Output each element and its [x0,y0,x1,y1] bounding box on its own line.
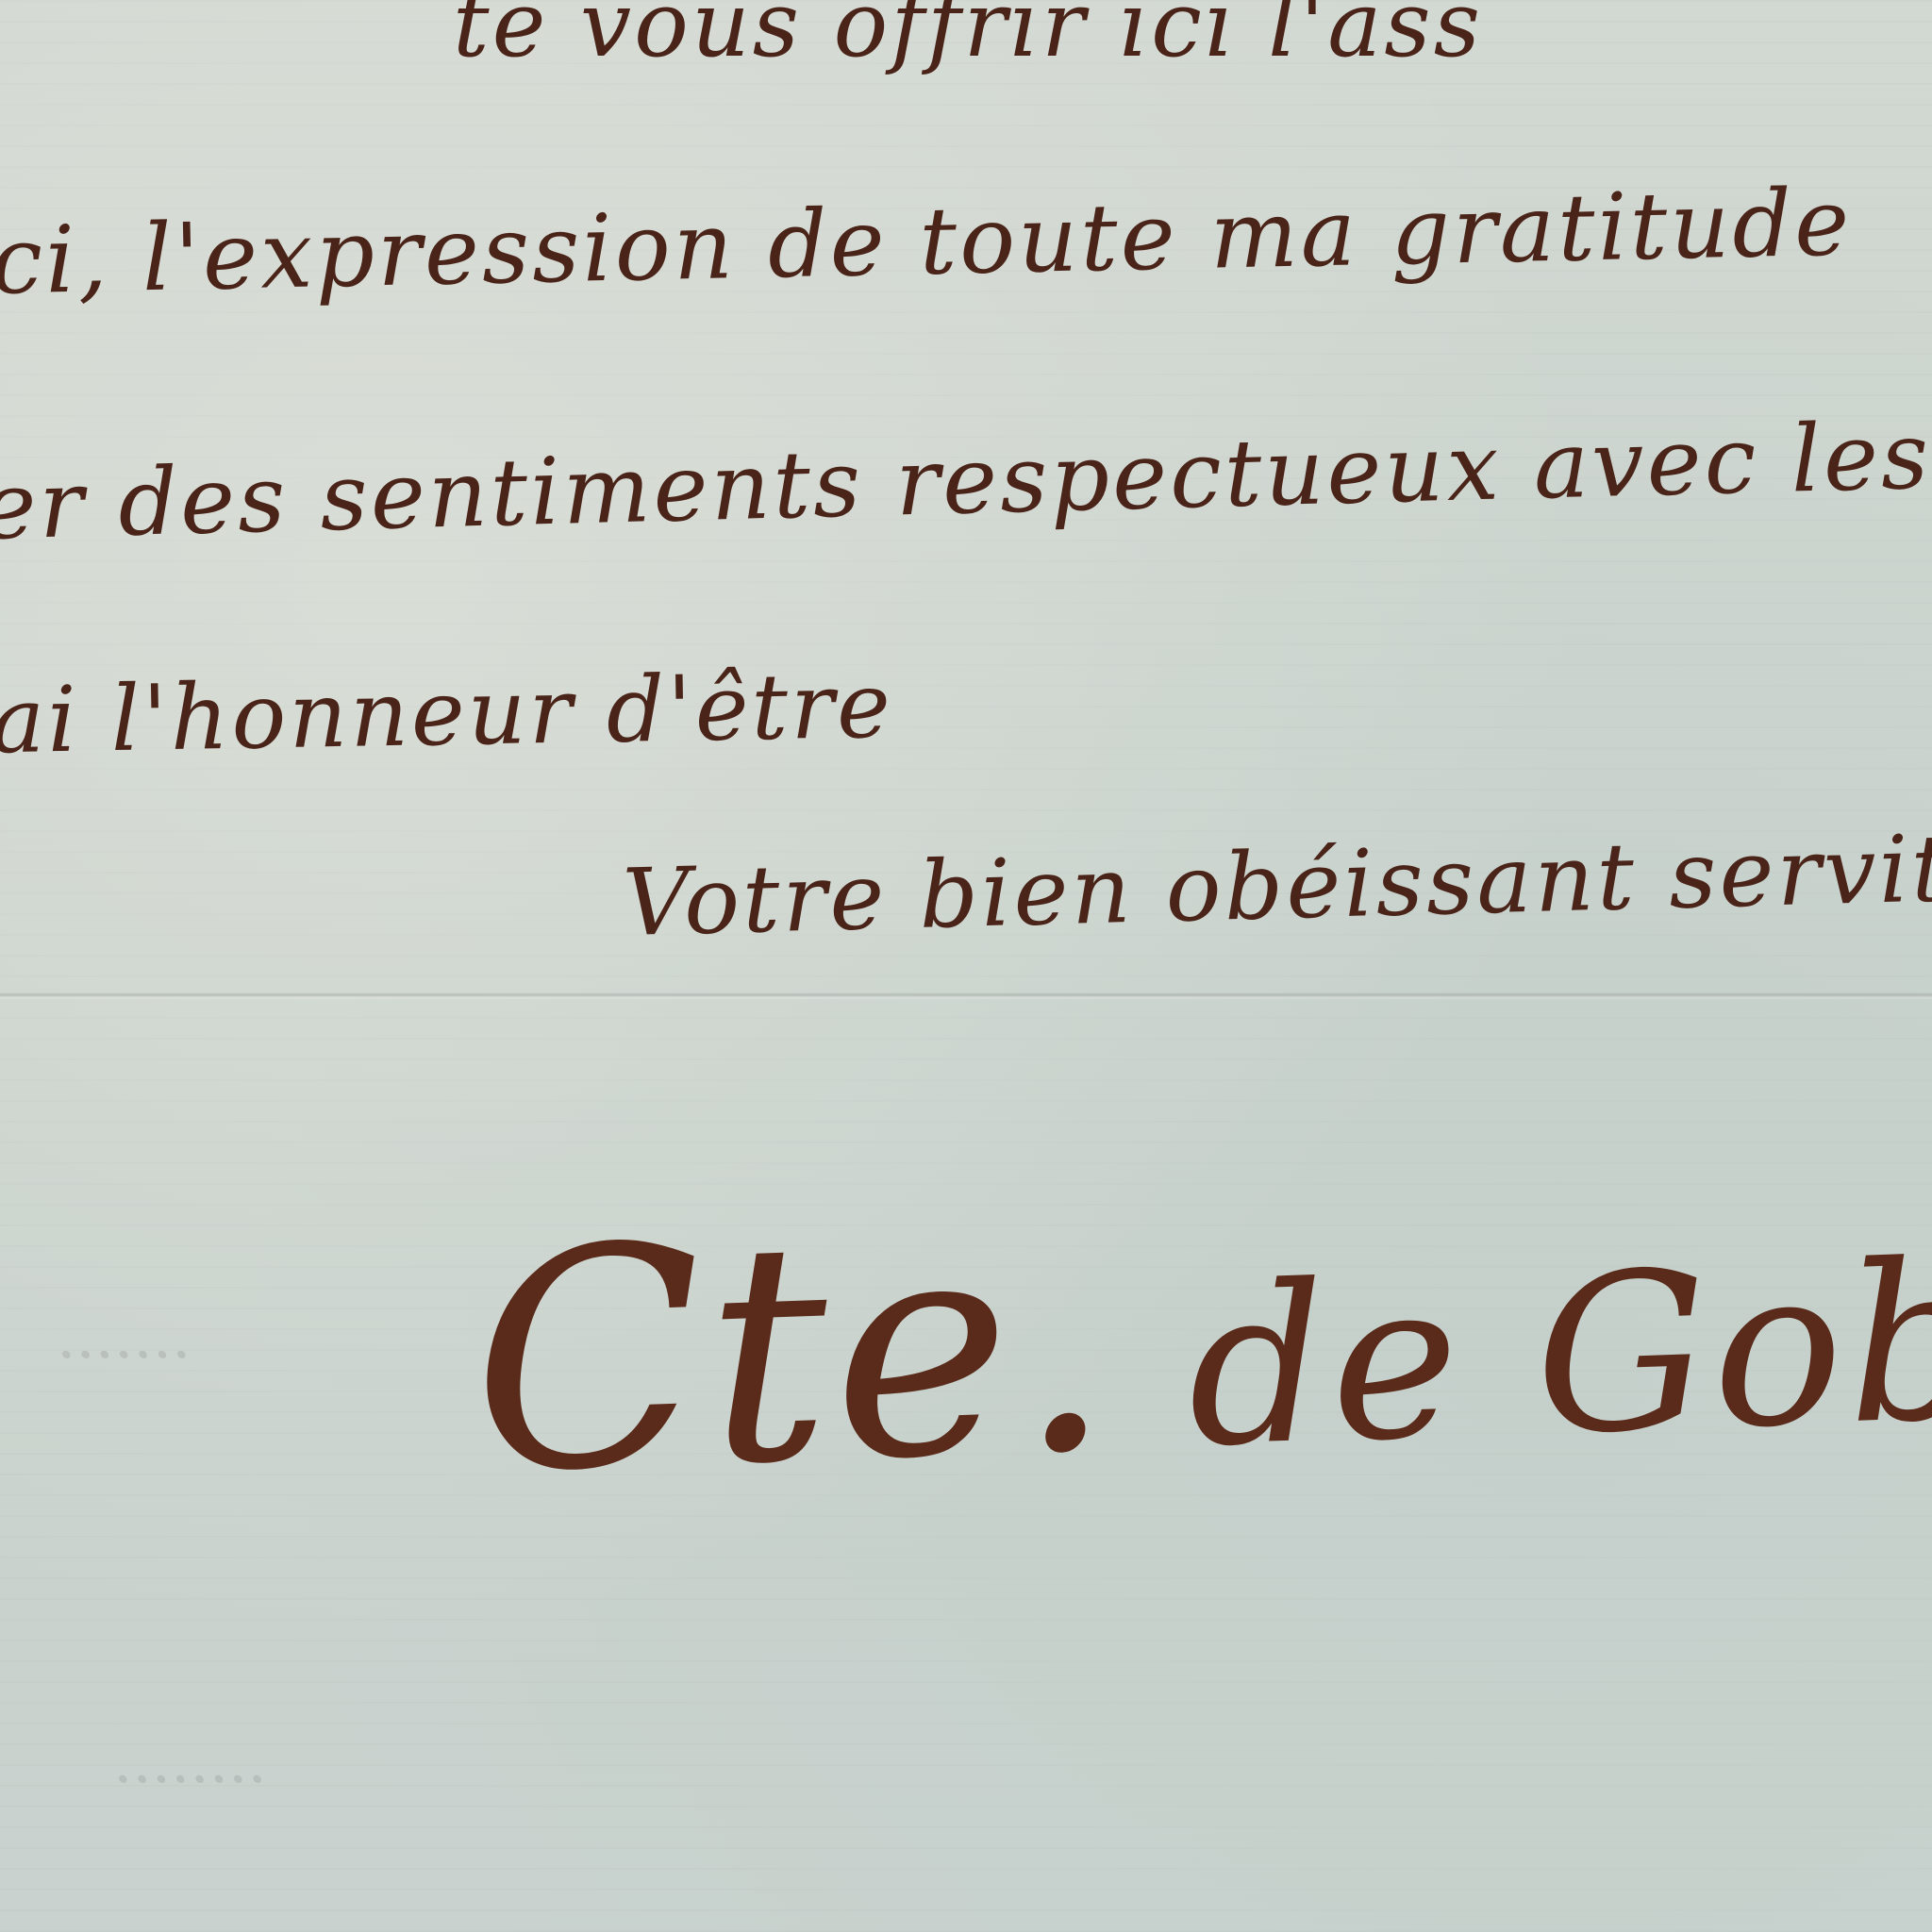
signature-title: Cte. [466,1167,1120,1541]
letter-line-1: te vous offrir ici l'ass [453,0,1483,77]
paper-fold-line [0,992,1932,1000]
signature-name: de Gobineau. [1183,1191,1932,1495]
bleed-through-text: ········ [113,1745,267,1815]
letter-line-4: ai l'honneur d'être [0,653,894,774]
bleed-through-text: ······· [57,1321,191,1391]
